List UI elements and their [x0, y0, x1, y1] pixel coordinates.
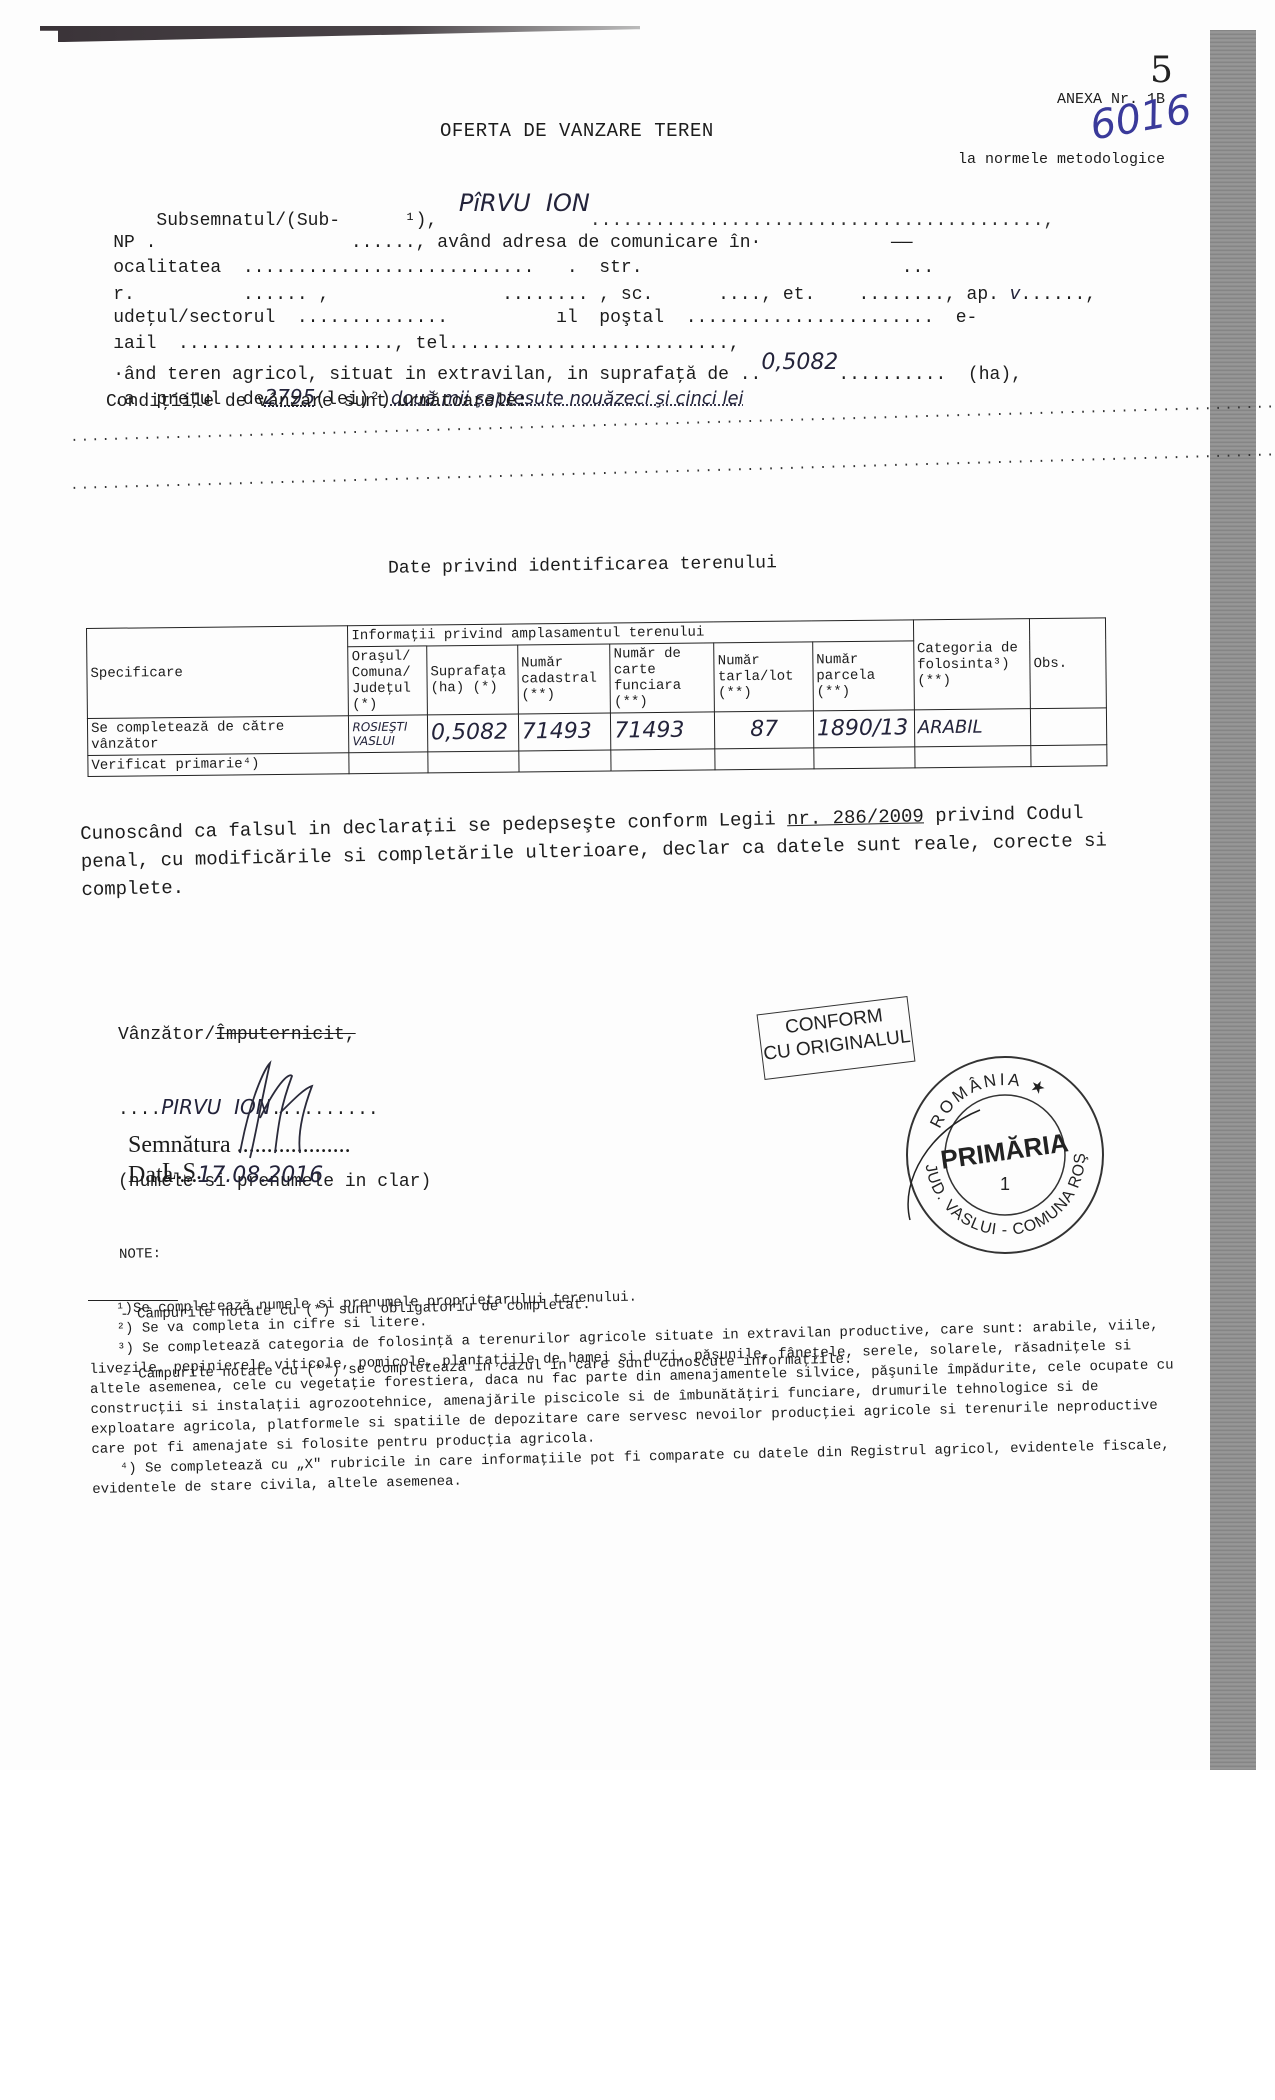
land-identification-table: Specificare Informaţii privind amplasame…: [86, 617, 1108, 777]
proxy-role-struck: Împuternicit,: [215, 1025, 355, 1045]
footnotes: ¹)Se completează numele si prenumele pro…: [88, 1275, 1182, 1500]
header-specificare: Specificare: [87, 626, 349, 719]
scanned-document-page: ANEXA Nr. 1B la normele metodologice 5 6…: [0, 0, 1275, 1770]
date-handwritten: 17.08.2016: [197, 1163, 323, 1188]
land-area-handwritten: 0,5082: [761, 350, 838, 375]
header-categoria: Categoria de folosinta³) (**): [913, 619, 1030, 710]
seal-number: 1: [1000, 1174, 1010, 1194]
scan-artifact-right-edge: [1210, 30, 1256, 1770]
primaria-roshiesti-seal: ROMÂNIA ★ JUD. VASLUI - COMUNA ROŞIEŞTI …: [900, 1050, 1110, 1260]
notes-title: NOTE:: [119, 1230, 850, 1265]
seller-role-label: Vânzător/: [118, 1025, 215, 1045]
header-localitate: Oraşul/ Comuna/ Judeţul (*): [348, 646, 427, 716]
header-parcela: Număr parcela (**): [813, 641, 915, 711]
land-section-title: Date privind identificarea terenului: [388, 553, 777, 578]
header-suprafata: Suprafaţa (ha) (*): [427, 645, 518, 715]
header-tarla: Număr tarla/lot (**): [714, 642, 813, 712]
legal-declaration: Cunoscând ca falsul in declaraţii se ped…: [80, 797, 1162, 904]
page-mark: 5: [1150, 50, 1173, 91]
page-title: OFERTA DE VANZARE TEREN: [440, 120, 714, 142]
header-carte-funciara: Număr de carte funciara (**): [610, 643, 715, 713]
conditions-label: Condiţiile de vânzare sunt următoarele:: [106, 392, 527, 412]
seal-center-text: PRIMĂRIA: [939, 1127, 1071, 1175]
header-obs: Obs.: [1030, 618, 1107, 709]
law-reference: nr. 286/2009: [787, 805, 924, 830]
svg-text:ROMÂNIA ★: ROMÂNIA ★: [926, 1070, 1051, 1131]
conditions-dotted-line-2: ........................................…: [70, 438, 1275, 494]
conform-cu-originalul-stamp: CONFORM CU ORIGINALUL: [757, 996, 916, 1080]
header-cadastral: Număr cadastral (**): [517, 644, 610, 714]
scan-artifact-top-bar: [40, 26, 640, 42]
annex-subtitle: la normele metodologice: [958, 150, 1165, 170]
